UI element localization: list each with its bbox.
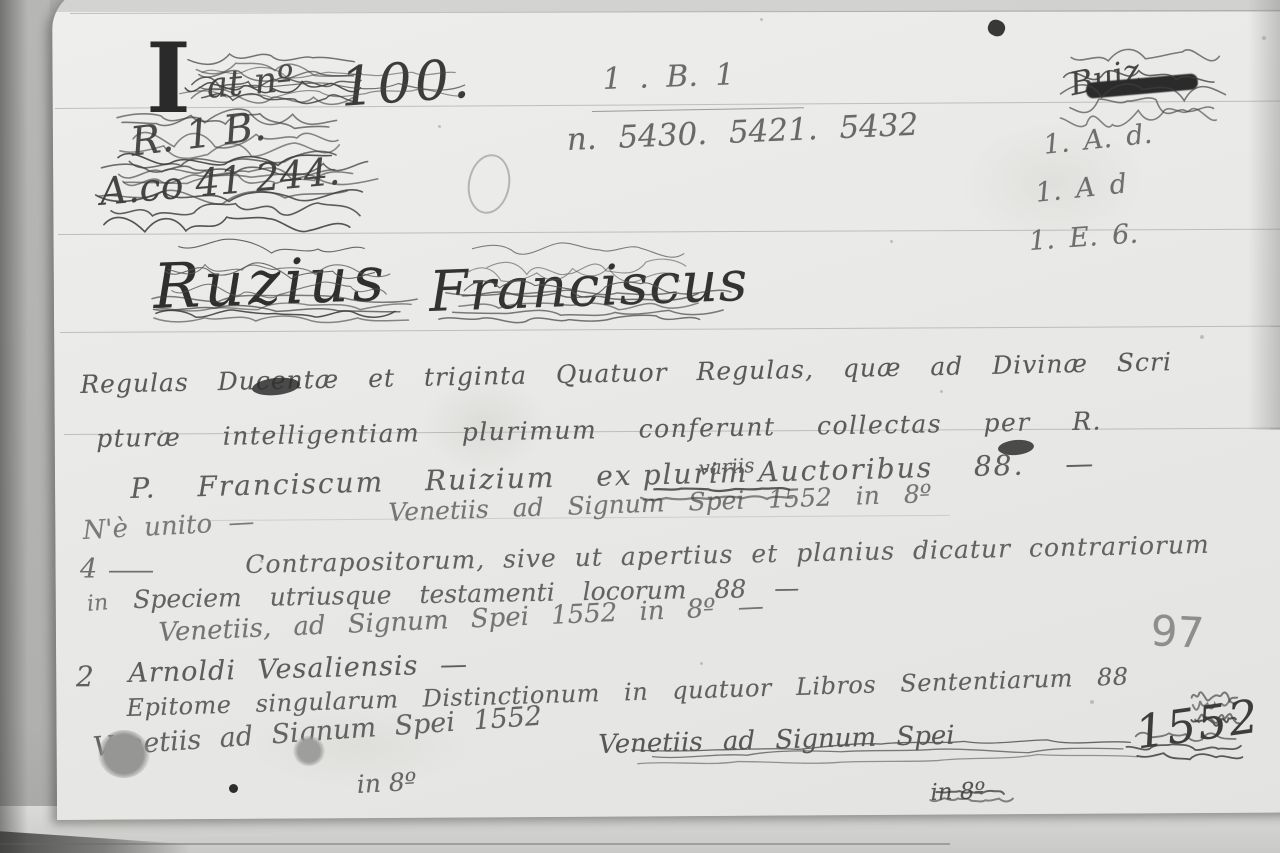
paper-speckle xyxy=(700,662,703,665)
ink-blot xyxy=(293,736,325,766)
author-line-inserted-word: variis xyxy=(698,453,755,480)
scribble-flourish xyxy=(150,244,390,294)
scribble-flourish xyxy=(462,246,702,298)
entry4-dash: —— xyxy=(108,556,152,584)
scribble-cancellation xyxy=(1054,56,1229,122)
scribble-cancellation xyxy=(92,168,382,222)
entry2-format: in 8º xyxy=(356,767,417,799)
ink-blot xyxy=(98,730,150,778)
paper-speckle xyxy=(438,125,441,128)
scribble-strikethrough xyxy=(146,298,426,324)
bottom-edge-line xyxy=(0,843,950,845)
paper-speckle xyxy=(760,18,763,21)
scribble-strikethrough xyxy=(636,487,804,500)
pencil-folio-number: 97 xyxy=(1149,606,1205,658)
scribble-strikethrough xyxy=(1124,734,1244,758)
manuscript-catalog-card-scan: I at nº 100. R. 1 B. A.co 41 244. 1 . B.… xyxy=(0,0,1280,853)
shelfmark-code: 1 . B. 1 xyxy=(602,57,735,97)
scribble-cancellation xyxy=(1190,696,1240,728)
paper-speckle xyxy=(890,240,893,243)
paper-speckle xyxy=(1200,335,1204,339)
entry4-margin-word: in xyxy=(86,590,109,617)
entry4-number: 4 xyxy=(80,554,97,585)
scribble-strikethrough xyxy=(426,292,731,318)
scribble-sweep xyxy=(168,70,478,100)
paper-speckle xyxy=(1262,36,1266,40)
entry2-number: 2 xyxy=(76,660,94,693)
right-edge-shade xyxy=(1248,0,1280,430)
paper-speckle xyxy=(940,390,943,393)
left-scan-shade xyxy=(0,0,28,853)
paper-speckle xyxy=(1090,700,1094,704)
scribble-strikethrough xyxy=(926,790,1014,802)
ink-dot xyxy=(229,784,238,793)
